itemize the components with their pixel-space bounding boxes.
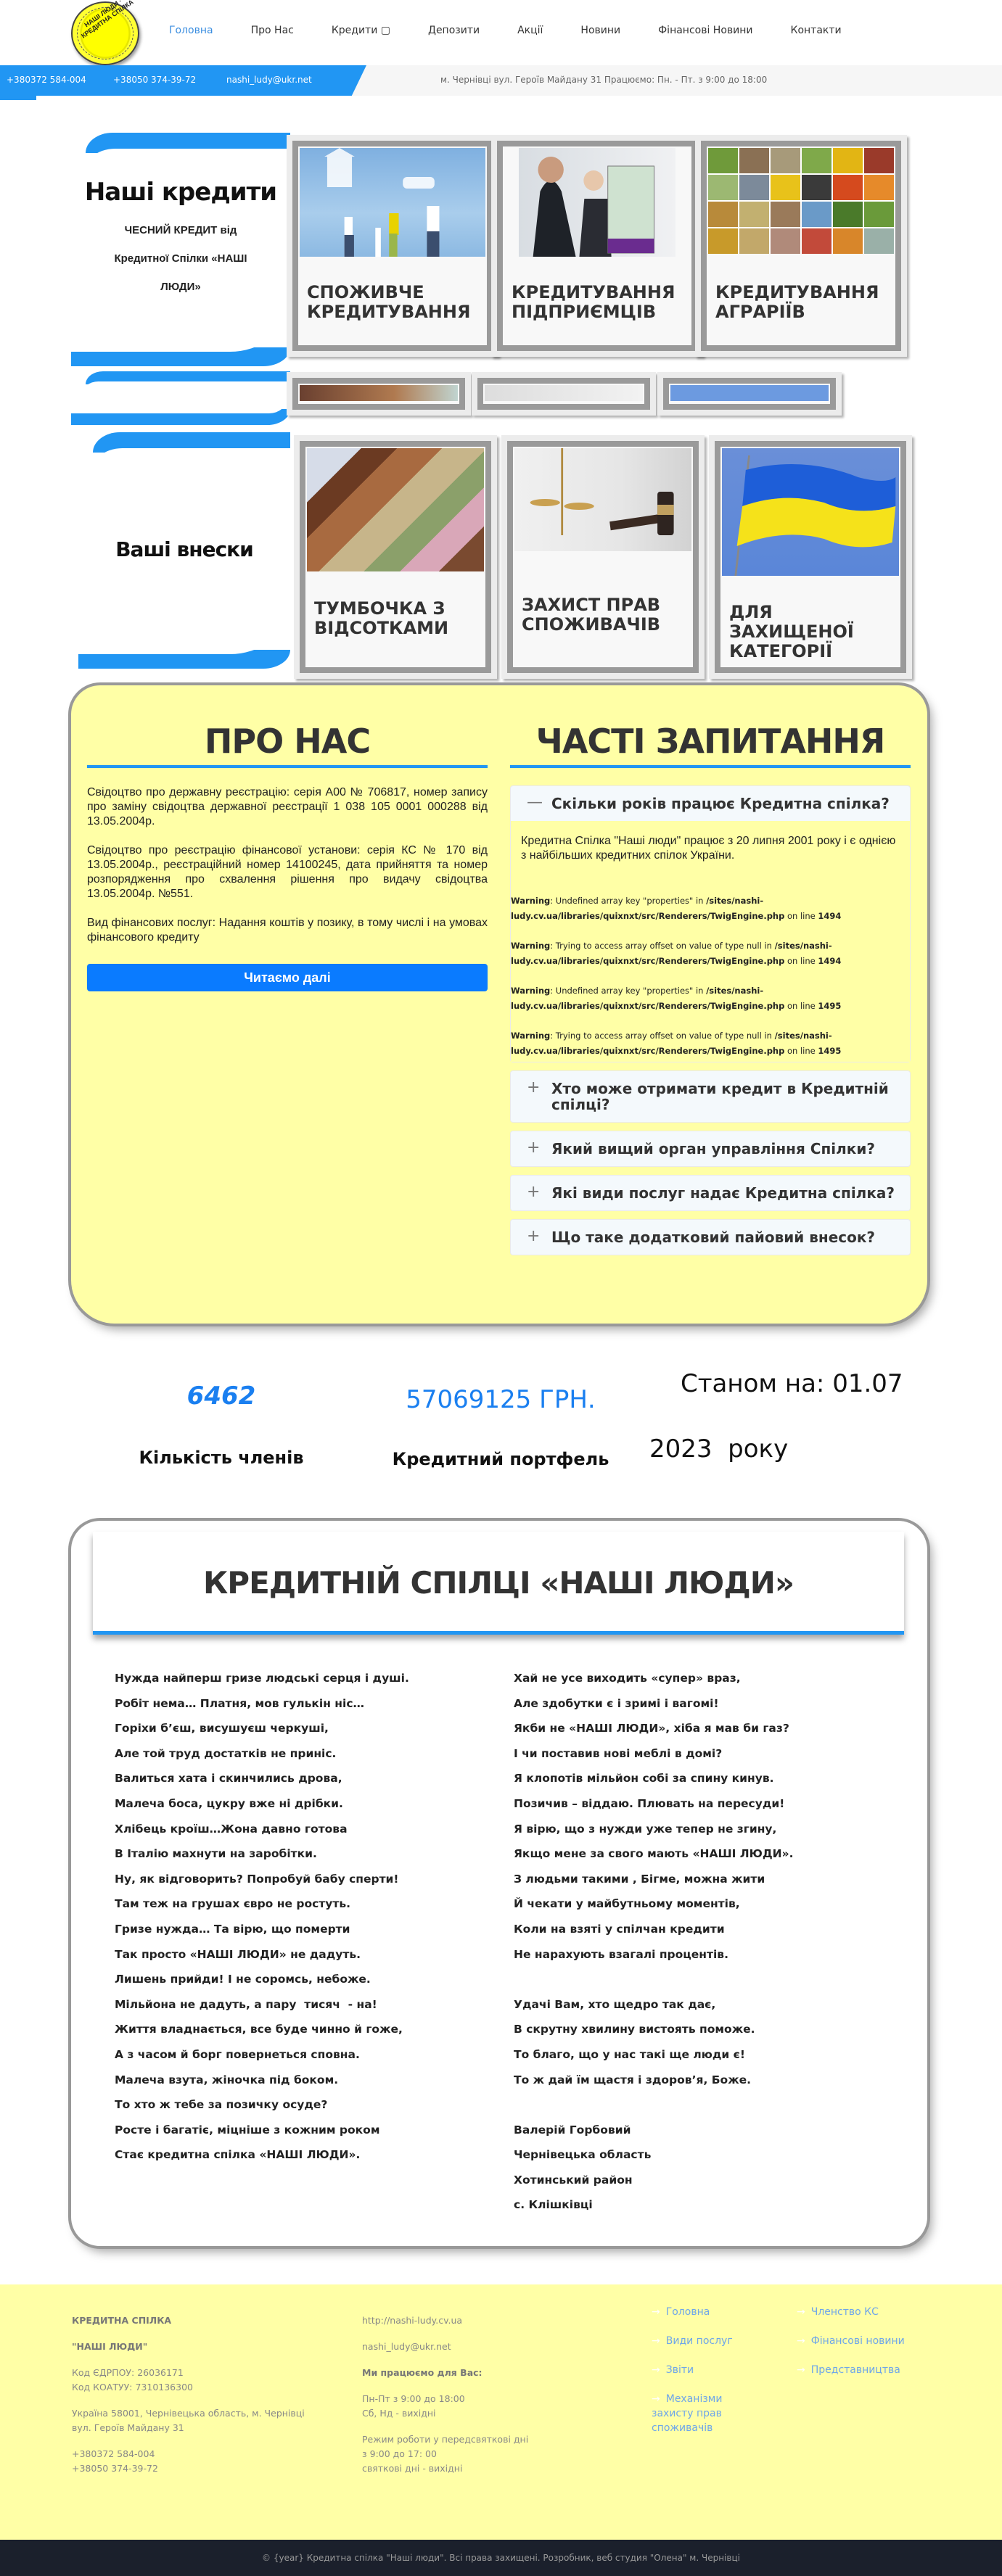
topbar-email[interactable]: nashi_ludy@ukr.net [226, 75, 312, 85]
arrow-right-icon: → [797, 2364, 805, 2376]
faq-question[interactable]: +Які види послуг надає Кредитна спілка? [511, 1176, 910, 1210]
strip-card [472, 372, 656, 416]
credits-subtitle-2: Кредитної Спілки «НАШІ [71, 252, 290, 265]
footer-address-2: вул. Героїв Майдану 31 [72, 2421, 305, 2435]
nav-promotions[interactable]: Акції [517, 25, 543, 36]
faq-question-text: Скільки років працює Кредитна спілка? [551, 795, 890, 812]
footer-koatuu: Код КОАТУУ: 7310136300 [72, 2380, 305, 2395]
card-label: СПОЖИВЧЕ КРЕДИТУВАННЯ [307, 283, 480, 322]
deposits-title: Ваші внески [78, 537, 290, 561]
read-more-button[interactable]: Читаємо далі [87, 964, 488, 991]
footer-email-link[interactable]: nashi_ludy@ukr.net [362, 2340, 528, 2354]
php-warning: Warning: Trying to access array offset o… [511, 1028, 900, 1059]
portfolio-label: Кредитний портфель [366, 1449, 635, 1469]
deposits-intro: Ваші внески [78, 432, 290, 669]
arrow-right-icon: → [797, 2335, 805, 2347]
faq-title: ЧАСТІ ЗАПИТАННЯ [510, 722, 911, 761]
business-image [519, 148, 675, 257]
footer-address: Україна 58001, Чернівецька область, м. Ч… [72, 2406, 305, 2421]
nav-news[interactable]: Новини [580, 25, 620, 36]
faq-item: —Скільки років працює Кредитна спілка? К… [510, 785, 911, 1062]
footer-link[interactable]: →Членство КС [797, 2305, 906, 2319]
footer-org-name-2: "НАШІ ЛЮДИ" [72, 2340, 305, 2354]
strip-card [287, 372, 471, 416]
footer-preholiday: Режим роботи у передсвяткові дні [362, 2432, 528, 2447]
arrow-right-icon: → [652, 2335, 660, 2347]
plus-icon: + [527, 1080, 540, 1096]
poem-title-box: КРЕДИТНІЙ СПІЛЦІ «НАШІ ЛЮДИ» [93, 1532, 904, 1635]
footer-preholiday-2: з 9:00 до 17: 00 [362, 2447, 528, 2461]
poem-right-column: Хай не усе виходить «супер» враз, Але зд… [514, 1666, 794, 2218]
footer-link[interactable]: →Представництва [797, 2363, 906, 2377]
card-drawer-deposit[interactable]: ТУМБОЧКА З ВІДСОТКАМИ [294, 435, 497, 679]
footer-work-title: Ми працюємо для Вас: [362, 2366, 528, 2380]
footer-contact-hours: http://nashi-ludy.cv.ua nashi_ludy@ukr.n… [362, 2313, 528, 2476]
footer-org-name: КРЕДИТНА СПІЛКА [72, 2313, 305, 2328]
faq-question[interactable]: +Що таке додатковий пайовий внесок? [511, 1220, 910, 1255]
ukraine-flag-image [722, 448, 899, 576]
about-title: ПРО НАС [87, 722, 488, 761]
php-warning: Warning: Trying to access array offset o… [511, 938, 900, 969]
card-consumer-credit[interactable]: СПОЖИВЧЕ КРЕДИТУВАННЯ [287, 135, 498, 357]
nav-finance-news[interactable]: Фінансові Новини [658, 25, 752, 36]
footer-hours-2: Сб, Нд - вихідні [362, 2406, 528, 2421]
family-image [300, 148, 485, 257]
faq-question-text: Хто може отримати кредит в Кредитній спі… [551, 1080, 889, 1113]
arrow-right-icon: → [652, 2306, 660, 2318]
php-warnings: Warning: Undefined array key "properties… [511, 893, 900, 1059]
topbar-address: м. Чернівці вул. Героїв Майдану 31 Працю… [440, 75, 767, 85]
arrow-right-icon: → [652, 2364, 660, 2376]
decorative-strip [71, 371, 290, 425]
about-paragraph: Вид фінансових послуг: Надання коштів у … [87, 916, 488, 945]
php-warning: Warning: Undefined array key "properties… [511, 983, 900, 1014]
nav-about[interactable]: Про Нас [251, 25, 294, 36]
faq-question[interactable]: +Хто може отримати кредит в Кредитній сп… [511, 1071, 910, 1122]
poem-panel: КРЕДИТНІЙ СПІЛЦІ «НАШІ ЛЮДИ» Нужда найпе… [71, 1521, 927, 2246]
card-protected-category[interactable]: ДЛЯ ЗАХИЩЕНОЇ КАТЕГОРІЇ [709, 435, 912, 679]
footer-link[interactable]: →Види послуг [652, 2334, 760, 2348]
faq-question-text: Які види послуг надає Кредитна спілка? [551, 1184, 895, 1202]
card-label: КРЕДИТУВАННЯ ПІДПРИЄМЦІВ [512, 283, 684, 322]
faq-section: ЧАСТІ ЗАПИТАННЯ —Скільки років працює Кр… [510, 722, 911, 1263]
faq-item: +Хто може отримати кредит в Кредитній сп… [510, 1070, 911, 1123]
faq-question-text: Який вищий орган управління Спілки? [551, 1140, 875, 1157]
footer: КРЕДИТНА СПІЛКА "НАШІ ЛЮДИ" Код ЄДРПОУ: … [0, 2284, 1002, 2540]
footer-site-link[interactable]: http://nashi-ludy.cv.ua [362, 2313, 528, 2328]
nav-deposits[interactable]: Депозити [428, 25, 480, 36]
card-business-credit[interactable]: КРЕДИТУВАННЯ ПІДПРИЄМЦІВ [491, 135, 703, 357]
faq-answer-text: Кредитна Спілка "Наші люди" працює з 20 … [521, 834, 900, 879]
minus-icon: — [527, 795, 543, 811]
strip-card [657, 372, 842, 416]
money-drawer-image [307, 448, 484, 571]
faq-item: +Який вищий орган управління Спілки? [510, 1131, 911, 1167]
logo[interactable]: НАШІ ЛЮДИ · КРЕДИТНА СПІЛКА [71, 1, 139, 65]
faq-question[interactable]: +Який вищий орган управління Спілки? [511, 1131, 910, 1166]
topbar-phone-2[interactable]: +38050 374-39-72 [113, 75, 196, 85]
arrow-right-icon: → [652, 2393, 660, 2405]
footer-org-info: КРЕДИТНА СПІЛКА "НАШІ ЛЮДИ" Код ЄДРПОУ: … [72, 2313, 305, 2476]
credits-subtitle-3: ЛЮДИ» [71, 281, 290, 293]
footer-link[interactable]: →Головна [652, 2305, 760, 2319]
agriculture-collage-image [708, 148, 894, 254]
poem-title: КРЕДИТНІЙ СПІЛЦІ «НАШІ ЛЮДИ» [93, 1532, 904, 1635]
footer-hours: Пн-Пт з 9:00 до 18:00 [362, 2392, 528, 2406]
about-section: ПРО НАС Свідоцтво про державну реєстраці… [87, 722, 488, 991]
as-of-date: Станом на: 01.07 [681, 1369, 903, 1398]
faq-question-text: Що таке додатковий пайовий внесок? [551, 1229, 875, 1246]
contact-topbar: +380372 584-004 +38050 374-39-72 nashi_l… [0, 65, 1002, 96]
faq-item: +Які види послуг надає Кредитна спілка? [510, 1175, 911, 1211]
portfolio-value: 57069125 ГРН. [377, 1385, 624, 1414]
plus-icon: + [527, 1140, 540, 1156]
about-paragraph: Свідоцтво про державну реєстрацію: серія… [87, 785, 488, 829]
php-warning: Warning: Undefined array key "properties… [511, 893, 900, 924]
footer-edrpou: Код ЄДРПОУ: 26036171 [72, 2366, 305, 2380]
about-paragraph: Свідоцтво про реєстрацію фінансової уста… [87, 843, 488, 901]
footer-link[interactable]: →Механізми захисту прав споживачів [652, 2392, 760, 2435]
credits-subtitle: ЧЕСНИЙ КРЕДИТ від [71, 224, 290, 236]
plus-icon: + [527, 1229, 540, 1244]
main-nav: Головна Про Нас Кредити ▢ Депозити Акції… [169, 25, 879, 36]
poem-left-column: Нужда найперш гризе людські серця і душі… [115, 1666, 409, 2168]
nav-contacts[interactable]: Контакти [791, 25, 842, 36]
card-consumer-rights[interactable]: ЗАХИСТ ПРАВ СПОЖИВАЧІВ [501, 435, 705, 679]
card-label: ТУМБОЧКА З ВІДСОТКАМИ [314, 599, 478, 638]
card-agrarian-credit[interactable]: КРЕДИТУВАННЯ АГРАРІЇВ [695, 135, 907, 357]
card-label: КРЕДИТУВАННЯ АГРАРІЇВ [715, 283, 888, 322]
arrow-right-icon: → [797, 2306, 805, 2318]
faq-question[interactable]: —Скільки років працює Кредитна спілка? [511, 786, 910, 821]
nav-home[interactable]: Головна [169, 25, 213, 36]
footer-preholiday-3: святкові дні - вихідні [362, 2461, 528, 2476]
card-label: ДЛЯ ЗАХИЩЕНОЇ КАТЕГОРІЇ [729, 603, 893, 661]
members-label: Кількість членів [109, 1448, 334, 1468]
copyright-bar: © {year} Кредитна спілка "Наші люди". Вс… [0, 2540, 1002, 2576]
credits-intro: Наші кредити ЧЕСНИЙ КРЕДИТ від Кредитної… [71, 133, 290, 366]
plus-icon: + [527, 1184, 540, 1200]
footer-link[interactable]: →Звіти [652, 2363, 760, 2377]
footer-link[interactable]: →Фінансові новини [797, 2334, 906, 2348]
footer-phone-1[interactable]: +380372 584-004 [72, 2447, 305, 2461]
card-label: ЗАХИСТ ПРАВ СПОЖИВАЧІВ [522, 595, 686, 635]
footer-phone-2[interactable]: +38050 374-39-72 [72, 2461, 305, 2476]
credits-title: Наші кредити [71, 178, 290, 207]
as-of-year: 2023 року [649, 1434, 788, 1464]
about-faq-panel: ПРО НАС Свідоцтво про державну реєстраці… [71, 685, 927, 1324]
faq-item: +Що таке додатковий пайовий внесок? [510, 1219, 911, 1255]
faq-answer: Кредитна Спілка "Наші люди" працює з 20 … [511, 821, 910, 1062]
scales-gavel-image [514, 448, 691, 551]
topbar-phone-1[interactable]: +380372 584-004 [7, 75, 86, 85]
nav-credits[interactable]: Кредити ▢ [332, 25, 390, 36]
members-count: 6462 [145, 1382, 297, 1411]
